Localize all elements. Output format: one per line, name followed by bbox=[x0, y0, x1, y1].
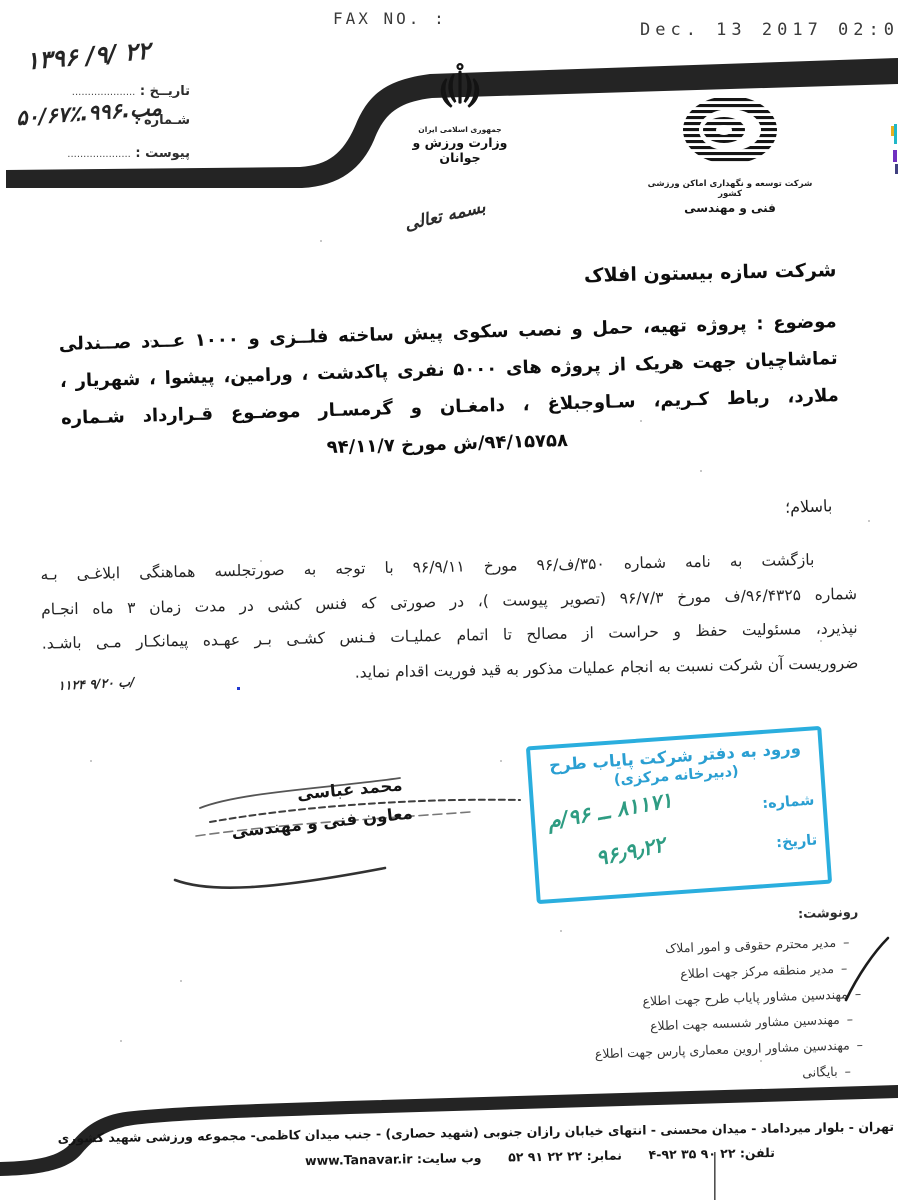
cc-bullet: – bbox=[856, 1037, 863, 1052]
subject-paragraph: موضوع : پروژه تهیه، حمل و نصب سکوی پیش س… bbox=[58, 303, 840, 474]
cc-item-text: مهندسین مشاور شسسه جهت اطلاع bbox=[650, 1012, 840, 1034]
stamp-handwritten-number: ۸۱۱۷۱ ــ ۹۶/م bbox=[545, 788, 674, 834]
cc-item-text: مهندسین مشاور اروین معماری پارس جهت اطلا… bbox=[595, 1038, 850, 1062]
iran-emblem-icon bbox=[432, 58, 488, 120]
company-emblem-icon bbox=[678, 92, 782, 172]
stamp-number-label: شماره: bbox=[762, 793, 815, 813]
fax-label: نمابر: bbox=[587, 1148, 623, 1164]
company-logo: شرکت توسعه و نگهداری اماکن ورزشی کشور فن… bbox=[640, 92, 820, 215]
cc-item-text: مدیر منطقه مرکز جهت اطلاع bbox=[680, 961, 834, 981]
cc-item-text: مهندسین مشاور پایاب طرح جهت اطلاع bbox=[642, 986, 848, 1008]
footer-address: تهران - بلوار میرداماد - میدان محسنی - ا… bbox=[168, 1119, 894, 1144]
cc-item-text: مدیر محترم حقوقی و امور املاک bbox=[665, 935, 837, 956]
company-name-text: شرکت توسعه و نگهداری اماکن ورزشی کشور bbox=[640, 179, 820, 199]
stamp-handwritten-date: ۹۶٫۹٫۲۲ bbox=[594, 832, 668, 870]
entry-stamp: ورود به دفتر شرکت پایاب طرح (دبیرخانه مر… bbox=[526, 726, 832, 904]
cc-bullet: – bbox=[846, 1012, 853, 1027]
ministry-country-text: جمهوری اسلامی ایران bbox=[393, 125, 527, 134]
date-dotted-line: .................... bbox=[72, 87, 136, 98]
cc-bullet: – bbox=[844, 1063, 851, 1078]
recipient-line: شرکت سازه بیستون افلاک bbox=[583, 259, 836, 287]
phone-label: تلفن: bbox=[740, 1145, 775, 1161]
attachment-dotted-line: .................... bbox=[67, 149, 131, 160]
company-sub-text: فنی و مهندسی bbox=[640, 201, 820, 215]
website-url: www.Tanavar.ir bbox=[305, 1151, 413, 1168]
cc-bullet: – bbox=[841, 960, 848, 975]
fax-value: ۵۲ ۹۱ ۲۲ ۲۲ bbox=[508, 1148, 582, 1164]
attachment-label: پیوست : bbox=[135, 146, 190, 161]
fax-document-page: FAX NO. : Dec. 13 2017 02:0 ۱۳۹۶ /۹/ ۲۲ … bbox=[0, 0, 898, 1202]
fax-datetime: Dec. 13 2017 02:0 bbox=[640, 20, 898, 40]
ministry-logo: جمهوری اسلامی ایران وزارت ورزش و جوانان bbox=[393, 58, 527, 165]
fax-no-label: FAX NO. : bbox=[333, 9, 447, 28]
cc-bullet: – bbox=[855, 986, 862, 1001]
web-label: وب سایت: bbox=[417, 1150, 482, 1166]
signatory-title: معاون فنی و مهندسی bbox=[231, 804, 414, 842]
cc-item-text: بایگانی bbox=[802, 1064, 838, 1080]
handwritten-received-date: ۱۳۹۶ /۹/ ۲۲ bbox=[25, 37, 151, 76]
phone-value: ۴-۹۲ ۳۵ ۹۰ ۲۲ bbox=[648, 1146, 735, 1163]
footer-contacts: تلفن: ۴-۹۲ ۳۵ ۹۰ ۲۲ نمابر: ۵۲ ۹۱ ۲۲ ۲۲ و… bbox=[295, 1145, 785, 1169]
ministry-name-text: وزارت ورزش و جوانان bbox=[393, 135, 527, 165]
besmele: بسمه تعالی bbox=[403, 197, 488, 235]
salutation: باسلام؛ bbox=[784, 496, 832, 517]
attachment-field: پیوست : .................... bbox=[28, 146, 190, 161]
date-field: تاریــخ : .................... bbox=[28, 84, 190, 99]
cc-block: رونوشت: –مدیر محترم حقوقی و امور املاک –… bbox=[418, 905, 864, 1099]
signatory-name: محمد عباسی bbox=[296, 775, 403, 803]
cc-bullet: – bbox=[843, 934, 850, 949]
body-paragraph: بازگشت به نامه شماره ۳۵۰/ف/۹۶ مورخ ۹۶/۹/… bbox=[40, 542, 858, 696]
stamp-date-label: تاریخ: bbox=[776, 832, 818, 851]
